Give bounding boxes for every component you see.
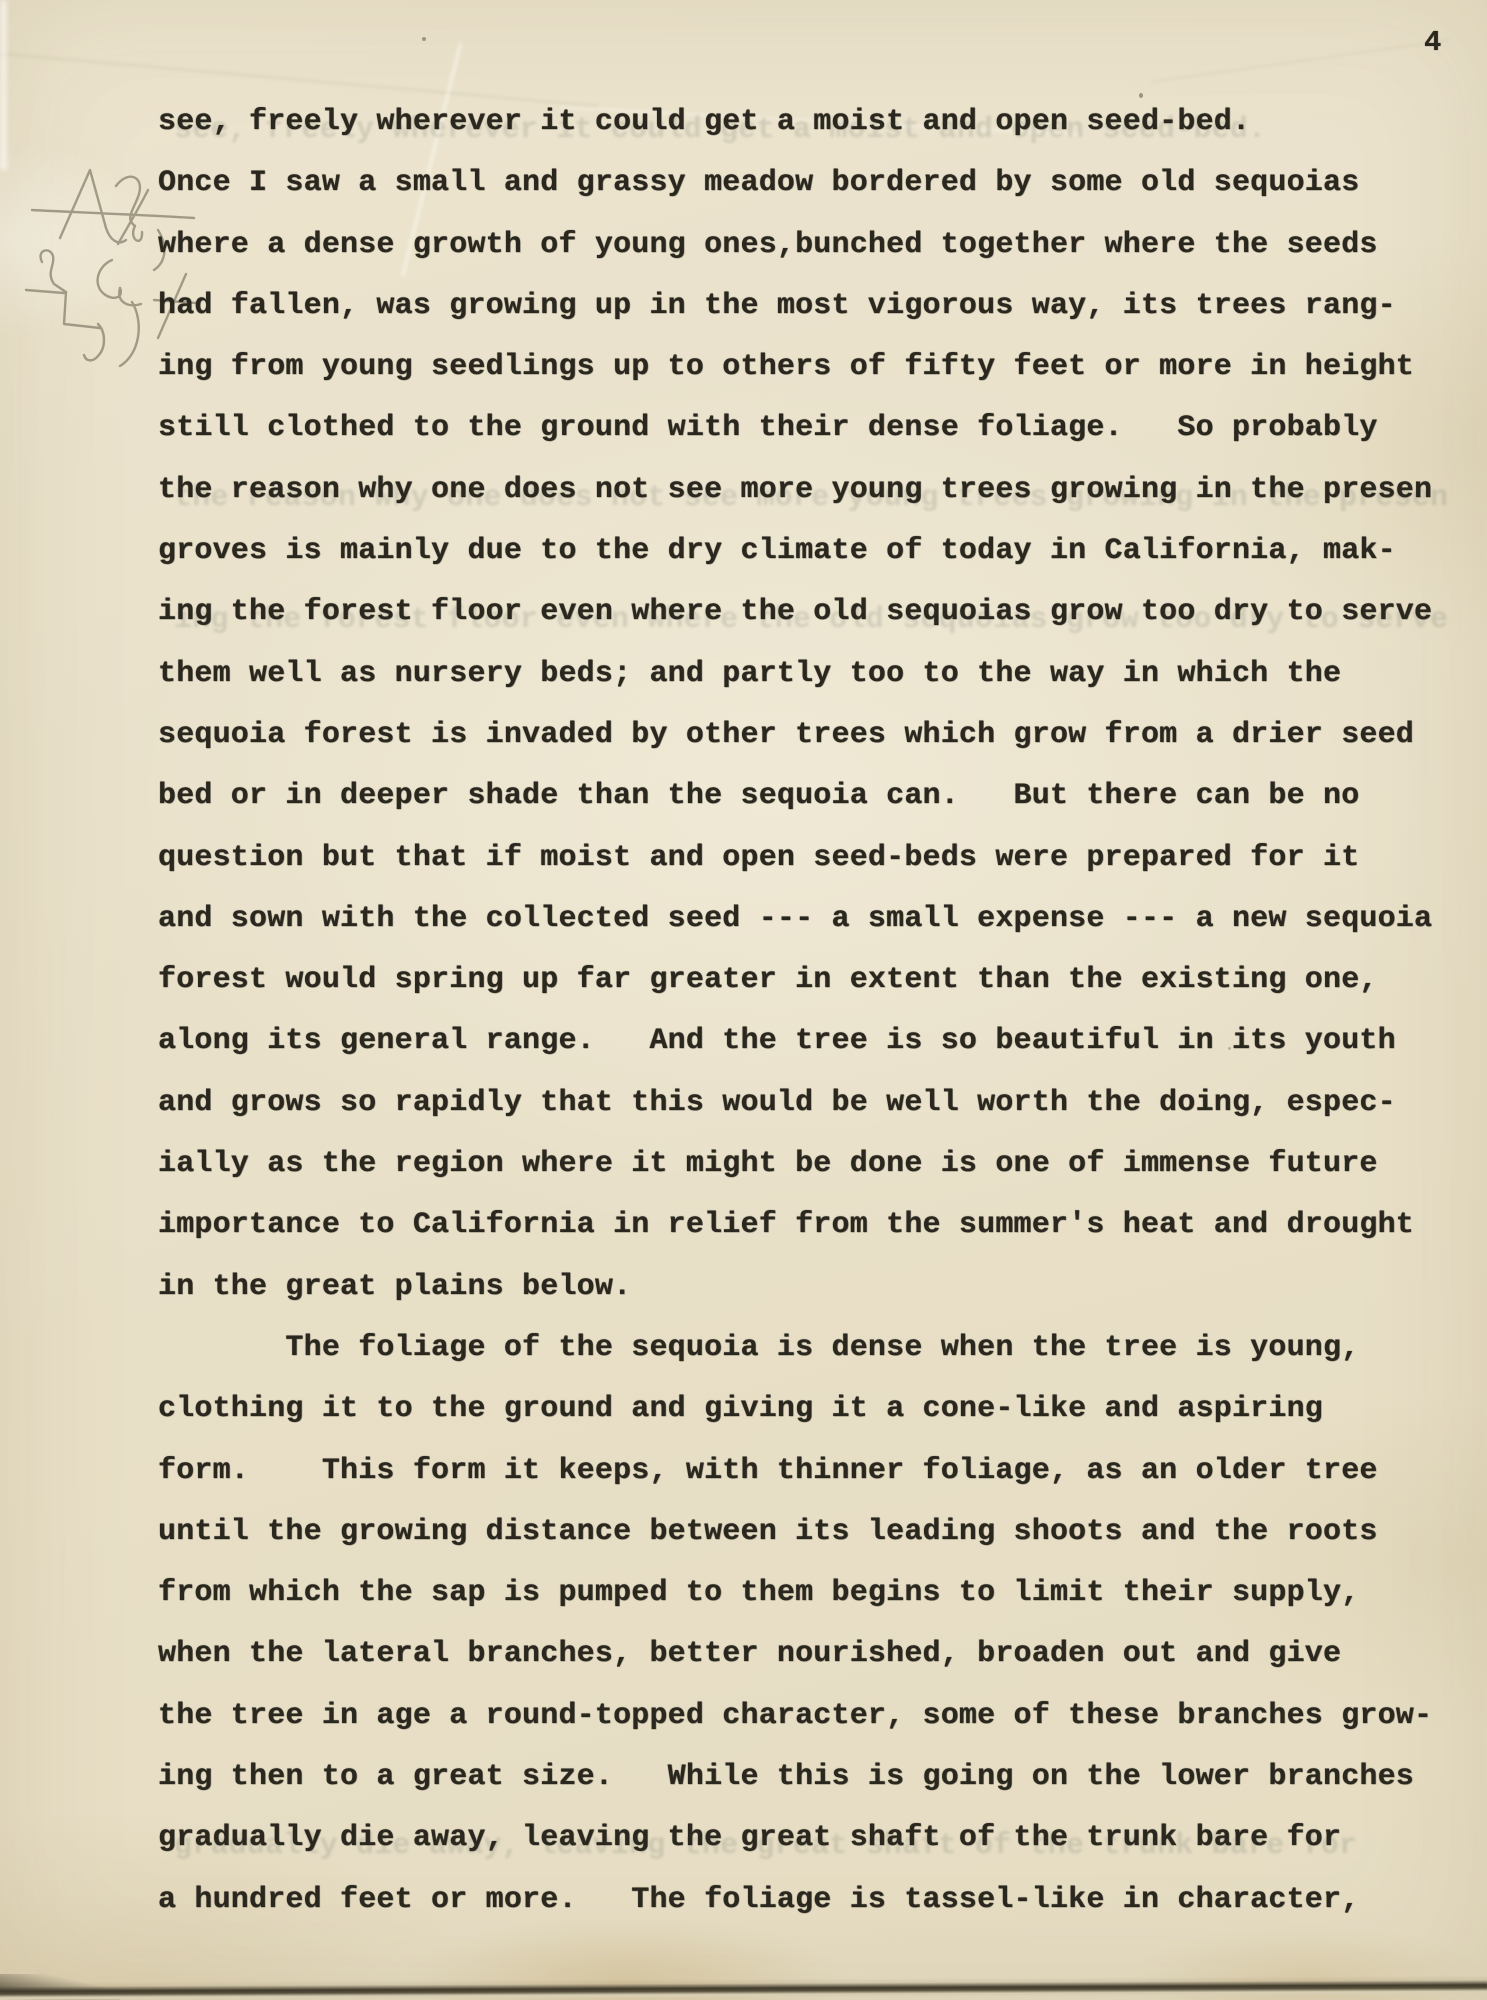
text-line-ink: sequoia forest is invaded by other trees… [158, 718, 1414, 752]
text-line-ink: along its general range. And the tree is… [158, 1024, 1396, 1058]
text-line-ink: clothing it to the ground and giving it … [158, 1392, 1323, 1426]
text-line: sequoia forest is invaded by other trees… [158, 705, 1468, 766]
text-line-ink: when the lateral branches, better nouris… [158, 1637, 1341, 1671]
text-line-ink: see, freely wherever it could get a mois… [158, 105, 1250, 139]
text-line-ink: ing from young seedlings up to others of… [158, 350, 1414, 384]
text-line: still clothed to the ground with their d… [158, 398, 1468, 459]
text-line-ink: bed or in deeper shade than the sequoia … [158, 779, 1359, 813]
text-line: and grows so rapidly that this would be … [158, 1073, 1468, 1134]
text-line-ink: Once I saw a small and grassy meadow bor… [158, 166, 1359, 200]
text-line: from which the sap is pumped to them beg… [158, 1563, 1468, 1624]
text-line-ink: and grows so rapidly that this would be … [158, 1086, 1396, 1120]
text-line: them well as nursery beds; and partly to… [158, 644, 1468, 705]
text-line-ink: still clothed to the ground with their d… [158, 411, 1378, 445]
text-line: had fallen, was growing up in the most v… [158, 276, 1468, 337]
page-bottom-edge [0, 1976, 1487, 2000]
text-line-ink: gradually die away, leaving the great sh… [158, 1821, 1341, 1855]
text-line: the reason why one does not see more you… [158, 460, 1468, 521]
text-line-ink: in the great plains below. [158, 1270, 631, 1304]
text-line: when the lateral branches, better nouris… [158, 1624, 1468, 1685]
text-line: in the great plains below. [158, 1257, 1468, 1318]
text-line: forest would spring up far greater in ex… [158, 950, 1468, 1011]
text-line: where a dense growth of young ones,bunch… [158, 215, 1468, 276]
text-line-ink: the tree in age a round-topped character… [158, 1699, 1432, 1733]
text-line: groves is mainly due to the dry climate … [158, 521, 1468, 582]
text-line-ink: forest would spring up far greater in ex… [158, 963, 1378, 997]
text-line-ink: The foliage of the sequoia is dense when… [158, 1331, 1359, 1365]
page-left-edge-highlight [0, 0, 7, 170]
manuscript-page: 4 see, freely wherever it could get a mo… [0, 0, 1487, 2000]
text-line: the tree in age a round-topped character… [158, 1686, 1468, 1747]
text-line: ing then to a great size. While this is … [158, 1747, 1468, 1808]
text-line: bed or in deeper shade than the sequoia … [158, 766, 1468, 827]
text-line: along its general range. And the tree is… [158, 1011, 1468, 1072]
text-line: question but that if moist and open seed… [158, 828, 1468, 889]
text-line: ing the forest floor even where the old … [158, 582, 1468, 643]
typewritten-text: see, freely wherever it could get a mois… [158, 92, 1468, 1931]
text-line-ink: ing then to a great size. While this is … [158, 1760, 1414, 1794]
text-line-ink: them well as nursery beds; and partly to… [158, 657, 1341, 691]
text-line: Once I saw a small and grassy meadow bor… [158, 153, 1468, 214]
text-line-ink: and sown with the collected seed --- a s… [158, 902, 1432, 936]
text-line-ink: question but that if moist and open seed… [158, 841, 1359, 875]
text-line-ink: had fallen, was growing up in the most v… [158, 289, 1396, 323]
text-line-ink: form. This form it keeps, with thinner f… [158, 1454, 1378, 1488]
text-line: see, freely wherever it could get a mois… [158, 92, 1468, 153]
text-line: ing from young seedlings up to others of… [158, 337, 1468, 398]
text-line: and sown with the collected seed --- a s… [158, 889, 1468, 950]
text-line: importance to California in relief from … [158, 1195, 1468, 1256]
text-line: until the growing distance between its l… [158, 1502, 1468, 1563]
text-line: The foliage of the sequoia is dense when… [158, 1318, 1468, 1379]
text-line-ink: from which the sap is pumped to them beg… [158, 1576, 1359, 1610]
text-line: ially as the region where it might be do… [158, 1134, 1468, 1195]
text-line-ink: ing the forest floor even where the old … [158, 595, 1432, 629]
text-line: clothing it to the ground and giving it … [158, 1379, 1468, 1440]
text-line: gradually die away, leaving the great sh… [158, 1808, 1468, 1869]
text-line-ink: the reason why one does not see more you… [158, 473, 1432, 507]
page-number: 4 [1424, 26, 1441, 59]
text-line: form. This form it keeps, with thinner f… [158, 1441, 1468, 1502]
text-line-ink: ially as the region where it might be do… [158, 1147, 1378, 1181]
text-line-ink: importance to California in relief from … [158, 1208, 1414, 1242]
text-line-ink: a hundred feet or more. The foliage is t… [158, 1883, 1359, 1917]
text-line: a hundred feet or more. The foliage is t… [158, 1870, 1468, 1931]
text-line-ink: until the growing distance between its l… [158, 1515, 1378, 1549]
text-line-ink: where a dense growth of young ones,bunch… [158, 228, 1378, 262]
ink-speck [422, 37, 426, 41]
paper-crease [1151, 39, 1448, 83]
text-line-ink: groves is mainly due to the dry climate … [158, 534, 1396, 568]
